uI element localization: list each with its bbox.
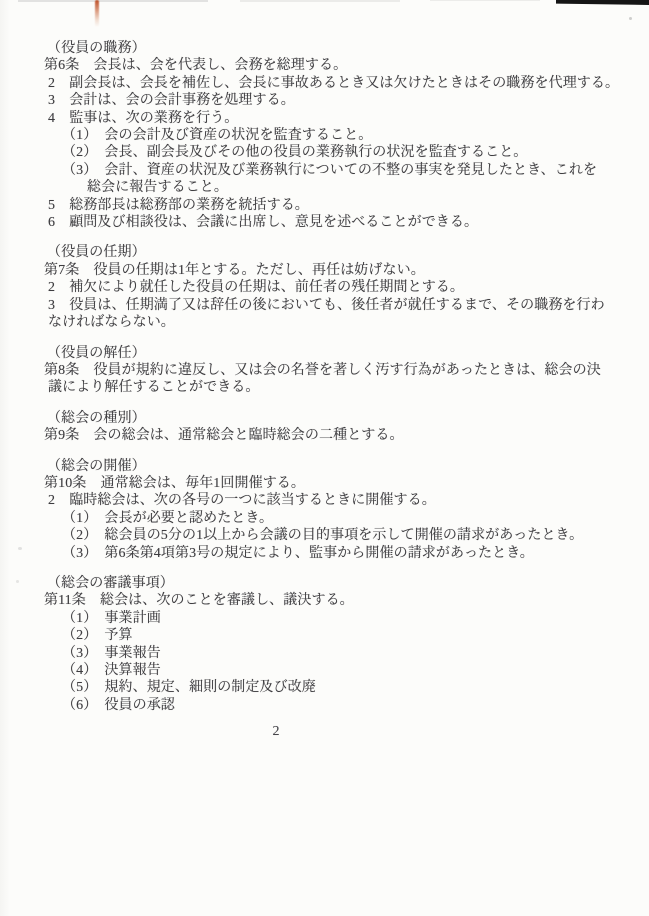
paragraph-line: 6 顧問及び相談役は、会議に出席し、意見を述べることができる。 bbox=[48, 214, 641, 231]
item-line: （6） 役員の承認 bbox=[62, 697, 641, 714]
paragraph-line: 2 副会長は、会長を補佐し、会長に事故あるとき又は欠けたときはその職務を代理する… bbox=[48, 75, 641, 92]
item-line: （4） 決算報告 bbox=[62, 662, 641, 679]
paragraph-line: 5 総務部長は総務部の業務を統括する。 bbox=[48, 197, 641, 214]
scanned-page: （役員の職務） 第6条 会長は、会を代表し、会務を総理する。 2 副会長は、会長… bbox=[0, 0, 649, 916]
paragraph-continuation-line: なければならない。 bbox=[48, 314, 641, 331]
section-heading: （役員の任期） bbox=[47, 244, 641, 261]
section-heading: （総会の審議事項） bbox=[47, 575, 641, 592]
scan-artifact-edge-smudge bbox=[18, 0, 208, 2]
paragraph-line: 3 会計は、会の会計事務を処理する。 bbox=[48, 92, 641, 109]
article-line: 第11条 総会は、次のことを審議し、議決する。 bbox=[44, 592, 641, 609]
item-line: （1） 会長が必要と認めたとき。 bbox=[62, 510, 641, 527]
scan-artifact-red-pen-mark bbox=[95, 0, 99, 27]
scan-artifact-speck bbox=[629, 17, 632, 20]
section-heading: （総会の種別） bbox=[47, 410, 641, 427]
article-line: 第9条 会の総会は、通常総会と臨時総会の二種とする。 bbox=[44, 427, 641, 444]
paragraph-line: 2 補欠により就任した役員の任期は、前任者の残任期間とする。 bbox=[48, 279, 641, 296]
scan-artifact-edge-smudge bbox=[430, 0, 540, 1]
scan-artifact-speck bbox=[18, 547, 22, 550]
paragraph-line: 2 臨時総会は、次の各号の一つに該当するときに開催する。 bbox=[48, 492, 641, 509]
item-line: （3） 第6条第4項第3号の規定により、監事から開催の請求があったとき。 bbox=[62, 545, 641, 562]
article-line: 第8条 役員が規約に違反し、又は会の名誉を著しく汚す行為があったときは、総会の決 bbox=[44, 362, 641, 379]
article-line: 第7条 役員の任期は1年とする。ただし、再任は妨げない。 bbox=[44, 262, 641, 279]
paragraph-continuation-line: 議により解任することができる。 bbox=[48, 379, 641, 396]
item-line: （2） 総会員の5分の1以上から会議の目的事項を示して開催の請求があったとき。 bbox=[62, 527, 641, 544]
paragraph-line: 4 監事は、次の業務を行う。 bbox=[48, 110, 641, 127]
scan-artifact-edge-smudge bbox=[240, 0, 400, 2]
scan-artifact-speck bbox=[16, 580, 19, 583]
item-line: （2） 会長、副会長及びその他の役員の業務執行の状況を監査すること。 bbox=[62, 144, 641, 161]
article-line: 第6条 会長は、会を代表し、会務を総理する。 bbox=[44, 57, 641, 74]
scan-artifact-black-bar bbox=[556, 0, 649, 5]
paragraph-line: 3 役員は、任期満了又は辞任の後においても、後任者が就任するまで、その職務を行わ bbox=[48, 297, 641, 314]
item-line: （1） 会の会計及び資産の状況を監査すること。 bbox=[62, 127, 641, 144]
item-continuation-line: 総会に報告すること。 bbox=[87, 179, 641, 196]
section-heading: （役員の職務） bbox=[47, 40, 641, 57]
item-line: （3） 会計、資産の状況及び業務執行についての不整の事実を発見したとき、これを bbox=[62, 162, 641, 179]
item-line: （5） 規約、規定、細則の制定及び改廃 bbox=[62, 679, 641, 696]
article-line: 第10条 通常総会は、毎年1回開催する。 bbox=[44, 475, 641, 492]
section-heading: （役員の解任） bbox=[47, 345, 641, 362]
document-body: （役員の職務） 第6条 会長は、会を代表し、会務を総理する。 2 副会長は、会長… bbox=[44, 40, 641, 714]
item-line: （3） 事業報告 bbox=[62, 645, 641, 662]
section-heading: （総会の開催） bbox=[47, 458, 641, 475]
page-number: 2 bbox=[0, 724, 552, 740]
item-line: （2） 予算 bbox=[62, 627, 641, 644]
item-line: （1） 事業計画 bbox=[62, 610, 641, 627]
